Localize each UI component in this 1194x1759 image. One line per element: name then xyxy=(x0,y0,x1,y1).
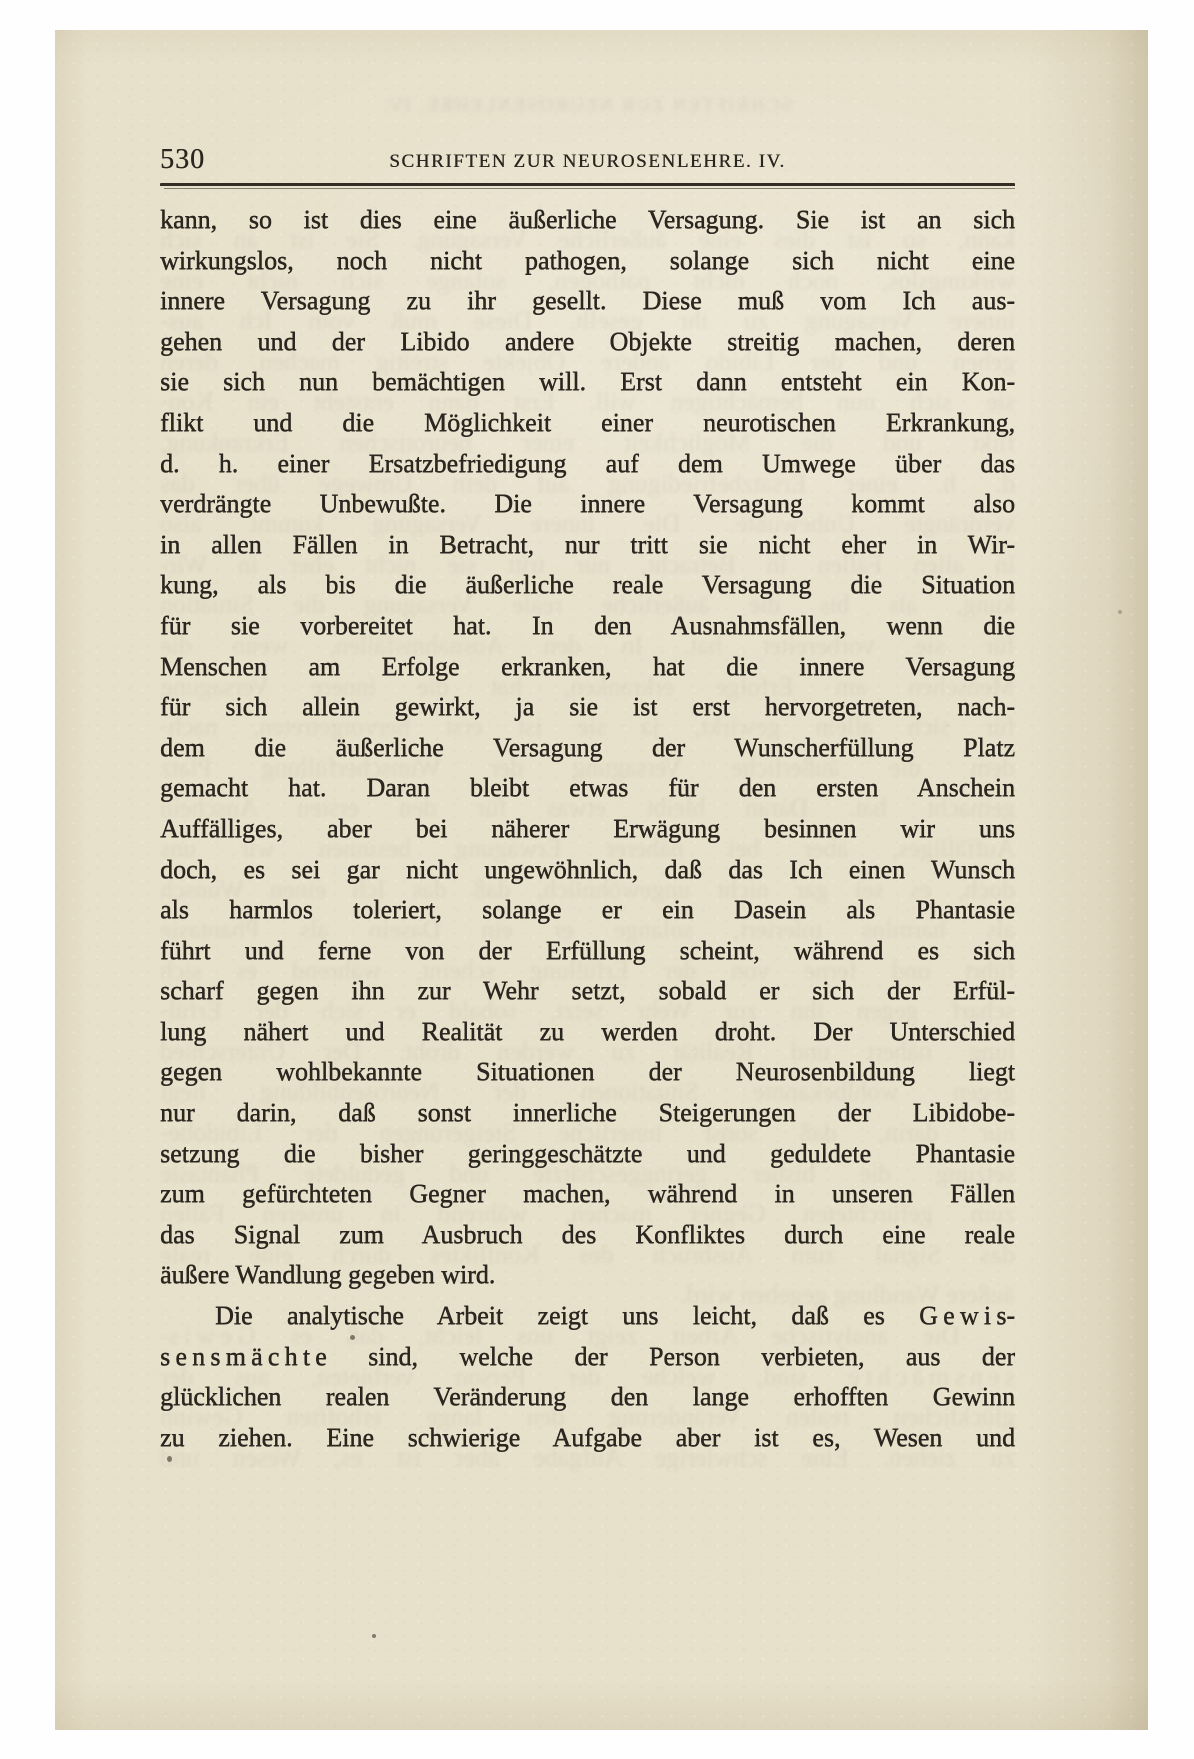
text-line: gehen und der Libido andere Objekte stre… xyxy=(160,322,1015,363)
text-line: zum gefürchteten Gegner machen, während … xyxy=(160,1174,1015,1215)
text-line: führt und ferne von der Erfüllung schein… xyxy=(160,931,1015,972)
text-line: kann, so ist dies eine äußerliche Versag… xyxy=(160,200,1015,241)
text-line: verdrängte Unbewußte. Die innere Versagu… xyxy=(160,484,1015,525)
text-line: sie sich nun bemächtigen will. Erst dann… xyxy=(160,362,1015,403)
text-line: lung nähert und Realität zu werden droht… xyxy=(160,1012,1015,1053)
text-line: innere Versagung zu ihr gesellt. Diese m… xyxy=(160,281,1015,322)
text-line: äußere Wandlung gegeben wird. xyxy=(160,1255,1015,1296)
text-line: gemacht hat. Daran bleibt etwas für den … xyxy=(160,768,1015,809)
text-line: für sich allein gewirkt, ja sie ist erst… xyxy=(160,687,1015,728)
text-line: das Signal zum Ausbruch des Konfliktes d… xyxy=(160,1215,1015,1256)
text-line: setzung die bisher geringgeschätzte und … xyxy=(160,1134,1015,1175)
ink-speck xyxy=(372,1634,376,1638)
text-line: für sie vorbereitet hat. In den Ausnahms… xyxy=(160,606,1015,647)
running-title: SCHRIFTEN ZUR NEUROSENLEHRE. IV. xyxy=(160,152,1015,171)
text-line: scharf gegen ihn zur Wehr setzt, sobald … xyxy=(160,971,1015,1012)
text-line: Die analytische Arbeit zeigt uns leicht,… xyxy=(160,1296,1015,1337)
text-line: flikt und die Möglichkeit einer neurotis… xyxy=(160,403,1015,444)
text-line: d. h. einer Ersatzbefriedigung auf dem U… xyxy=(160,444,1015,485)
show-through-ghost-title: SCHRIFTEN ZUR NEUROSENLEHRE. IV. xyxy=(160,96,1015,115)
ink-speck xyxy=(350,1335,355,1340)
text-line: wirkungslos, noch nicht pathogen, solang… xyxy=(160,241,1015,282)
text-line: glücklichen realen Veränderung den lange… xyxy=(160,1377,1015,1418)
body-text: kann, so ist dies eine äußerliche Versag… xyxy=(160,200,1015,1458)
text-line: Auffälliges, aber bei näherer Erwägung b… xyxy=(160,809,1015,850)
text-line: gegen wohlbekannte Situationen der Neuro… xyxy=(160,1052,1015,1093)
text-line: doch, es sei gar nicht ungewöhnlich, daß… xyxy=(160,850,1015,891)
text-line: kung, als bis die äußerliche reale Versa… xyxy=(160,565,1015,606)
text-line: zu ziehen. Eine schwierige Aufgabe aber … xyxy=(160,1418,1015,1459)
text-line: dem die äußerliche Versagung der Wunsche… xyxy=(160,728,1015,769)
text-line: s e n s m ä c h t e sind, welche der Per… xyxy=(160,1337,1015,1378)
text-line: Menschen am Erfolge erkranken, hat die i… xyxy=(160,647,1015,688)
ink-speck xyxy=(1118,610,1122,614)
text-line: in allen Fällen in Betracht, nur tritt s… xyxy=(160,525,1015,566)
header-rule-divider xyxy=(160,183,1015,194)
book-page-paper: SCHRIFTEN ZUR NEUROSENLEHRE. IV. 530 SCH… xyxy=(55,30,1148,1730)
text-line: nur darin, daß sonst innerliche Steigeru… xyxy=(160,1093,1015,1134)
text-line: als harmlos toleriert, solange er ein Da… xyxy=(160,890,1015,931)
scanned-book-page: { "page": { "number": "530", "running_ti… xyxy=(0,0,1194,1759)
ink-speck xyxy=(167,1456,172,1462)
